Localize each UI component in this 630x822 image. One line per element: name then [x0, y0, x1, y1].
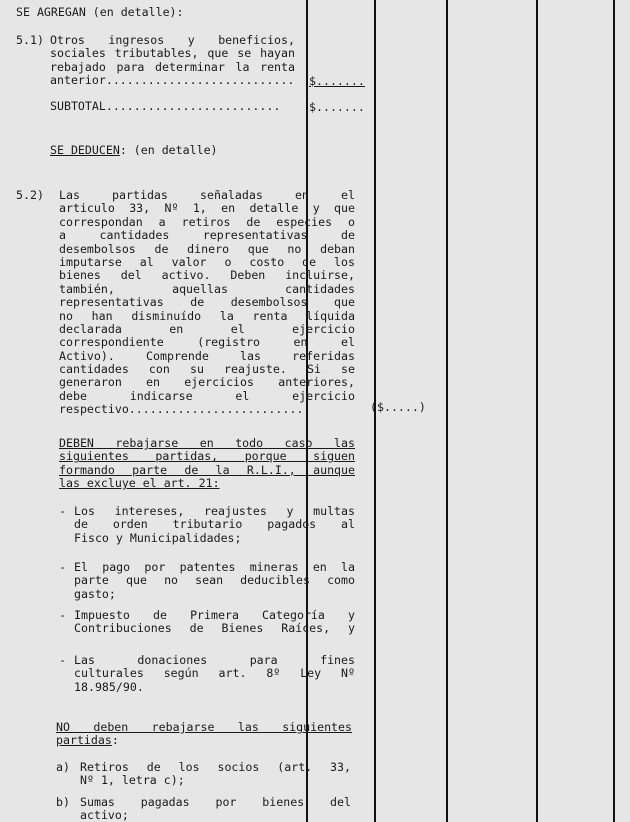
item-sumas-pagadas: Sumas pagadas por bienes del activo; [80, 796, 351, 822]
item-5-2-number: 5.2) [16, 189, 44, 202]
column-divider-3 [446, 0, 448, 822]
subtotal-amount: $....... [309, 100, 365, 114]
subtotal-label: SUBTOTAL......................... [50, 100, 280, 113]
section-header-se-agregan: SE AGREGAN (en detalle): [16, 6, 184, 19]
column-divider-5 [613, 0, 615, 822]
bullet-donaciones: Las donaciones para fines culturales seg… [74, 654, 355, 694]
se-deducen-heading: SE DEDUCEN: (en detalle) [50, 144, 218, 157]
list-marker-b: b) [56, 796, 70, 809]
item-5-1-text: Otros ingresos y beneficios, sociales tr… [50, 34, 295, 88]
item-5-2-text: Las partidas señaladas en el articulo 33… [59, 189, 355, 417]
bullet-marker: - [59, 654, 66, 667]
bullet-marker: - [59, 561, 66, 574]
deben-heading: DEBEN rebajarse en todo caso las siguien… [59, 437, 355, 491]
bullet-marker: - [59, 609, 66, 622]
bullet-intereses: Los intereses, reajustes y multas de ord… [74, 505, 355, 545]
list-marker-a: a) [56, 761, 70, 774]
no-deben-heading: NO deben rebajarse las siguientes partid… [56, 721, 352, 748]
item-5-1-number: 5.1) [16, 34, 44, 47]
bullet-impuesto-primera-categoria: Impuesto de Primera Categoría y Contribu… [74, 609, 355, 636]
bullet-marker: - [59, 505, 66, 518]
column-divider-4 [536, 0, 538, 822]
bullet-patentes-mineras: El pago por patentes mineras en la parte… [74, 561, 355, 601]
item-5-1-amount: $....... [309, 74, 365, 88]
item-5-2-amount: ($.....) [370, 400, 426, 414]
item-retiros-socios: Retiros de los socios (art. 33, Nº 1, le… [80, 761, 351, 788]
